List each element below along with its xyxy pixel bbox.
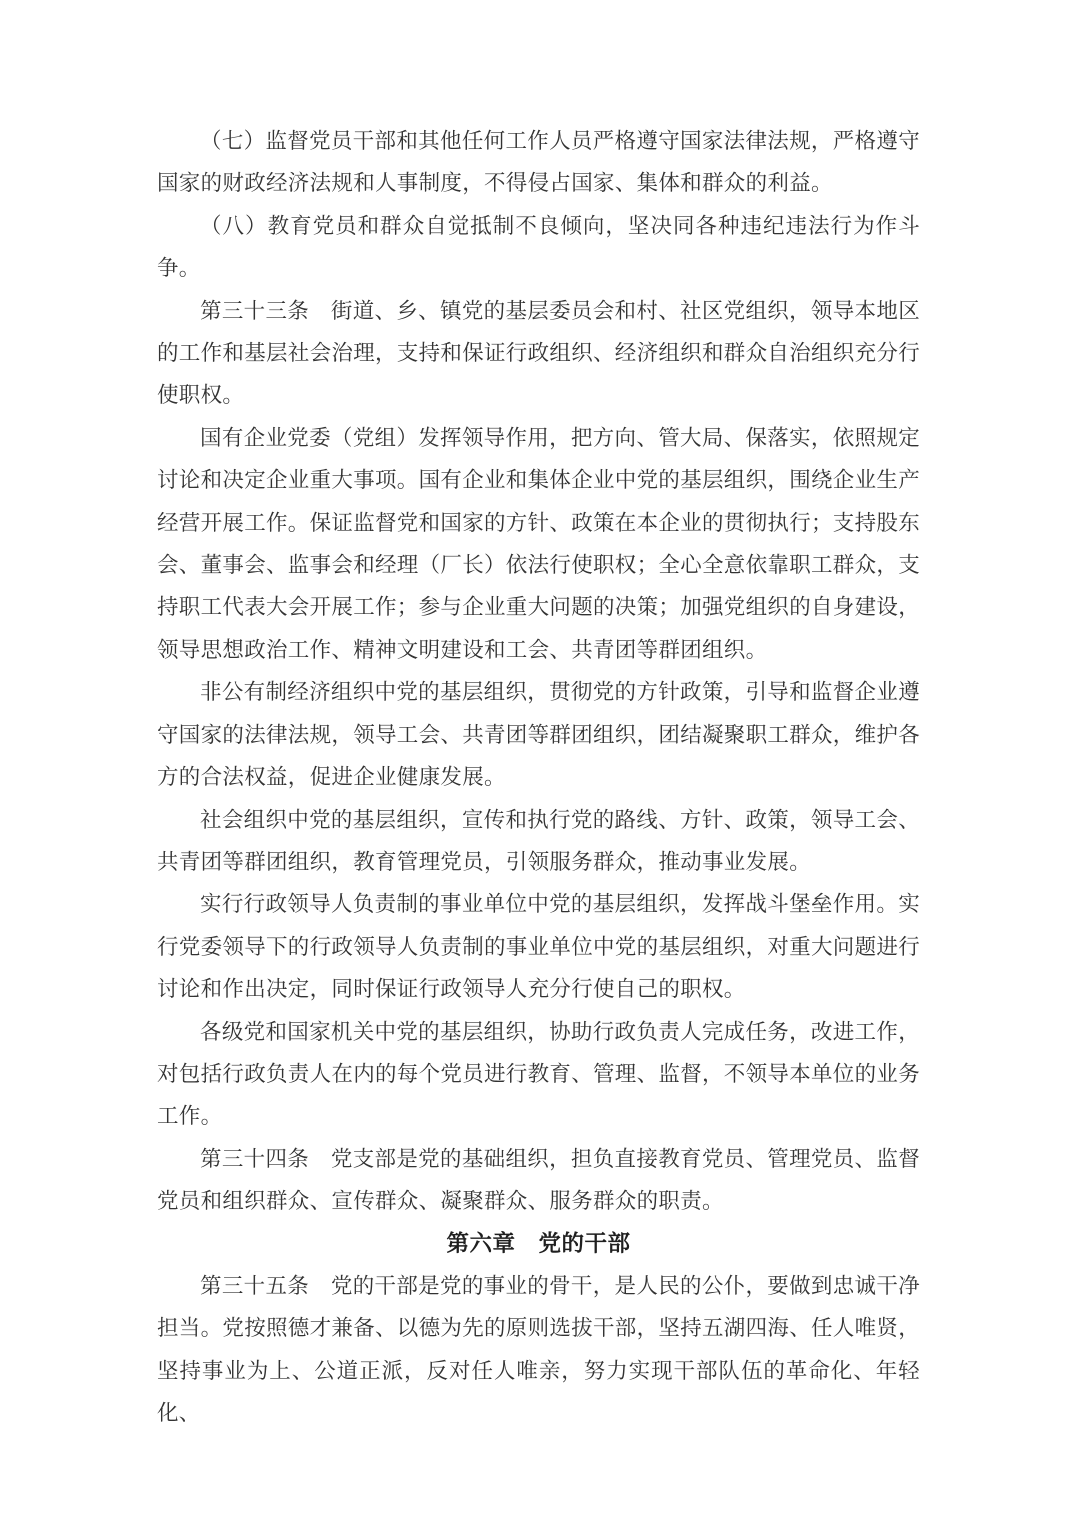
paragraph: 各级党和国家机关中党的基层组织，协助行政负责人完成任务，改进工作，对包括行政负责… — [157, 1011, 920, 1138]
paragraph: 非公有制经济组织中党的基层组织，贯彻党的方针政策，引导和监督企业遵守国家的法律法… — [157, 671, 920, 798]
chapter-heading: 第六章 党的干部 — [157, 1223, 920, 1265]
paragraph: 第三十五条 党的干部是党的事业的骨干，是人民的公仆，要做到忠诚干净担当。党按照德… — [157, 1265, 920, 1435]
paragraph: （八）教育党员和群众自觉抵制不良倾向，坚决同各种违纪违法行为作斗争。 — [157, 205, 920, 290]
document-content: （七）监督党员干部和其他任何工作人员严格遵守国家法律法规，严格遵守国家的财政经济… — [157, 120, 920, 1435]
paragraph: 社会组织中党的基层组织，宣传和执行党的路线、方针、政策，领导工会、共青团等群团组… — [157, 799, 920, 884]
paragraph: 第三十三条 街道、乡、镇党的基层委员会和村、社区党组织，领导本地区的工作和基层社… — [157, 290, 920, 417]
paragraph: （七）监督党员干部和其他任何工作人员严格遵守国家法律法规，严格遵守国家的财政经济… — [157, 120, 920, 205]
paragraph: 国有企业党委（党组）发挥领导作用，把方向、管大局、保落实，依照规定讨论和决定企业… — [157, 417, 920, 671]
document-page: （七）监督党员干部和其他任何工作人员严格遵守国家法律法规，严格遵守国家的财政经济… — [0, 0, 1080, 1527]
paragraph: 实行行政领导人负责制的事业单位中党的基层组织，发挥战斗堡垒作用。实行党委领导下的… — [157, 883, 920, 1010]
paragraph: 第三十四条 党支部是党的基础组织，担负直接教育党员、管理党员、监督党员和组织群众… — [157, 1138, 920, 1223]
